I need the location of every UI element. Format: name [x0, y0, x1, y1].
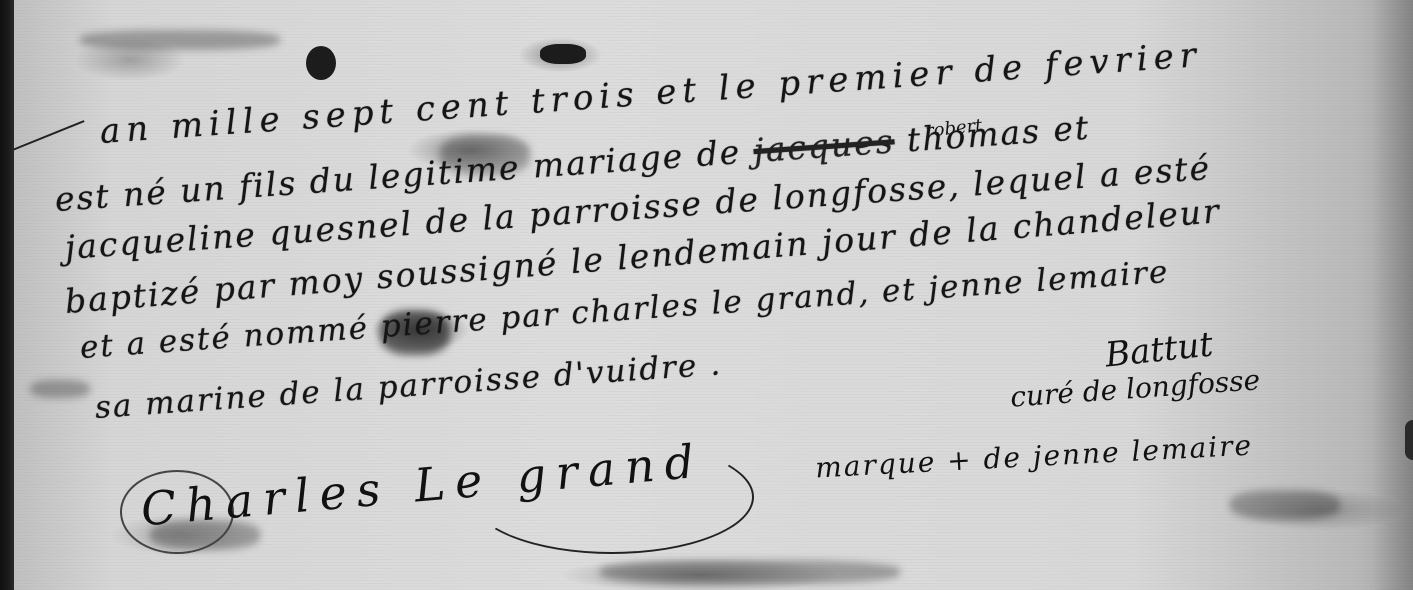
document-scan: an mille sept cent trois et le premier d…: [0, 0, 1413, 590]
page-right-shadow: [1373, 0, 1413, 590]
ink-blot: [306, 46, 336, 80]
ink-blot: [540, 44, 586, 64]
ink-smudge: [600, 560, 900, 584]
struck-out-name: jacques: [752, 121, 896, 170]
scroll-edge-marker: [1405, 420, 1413, 460]
page-binding-edge: [0, 0, 14, 590]
ink-smudge: [30, 380, 90, 398]
godmother-mark-signature: marque + de jenne lemaire: [814, 429, 1253, 485]
ink-smudge: [80, 30, 280, 50]
margin-pen-stroke: [10, 120, 85, 152]
ink-smudge: [1230, 490, 1340, 520]
